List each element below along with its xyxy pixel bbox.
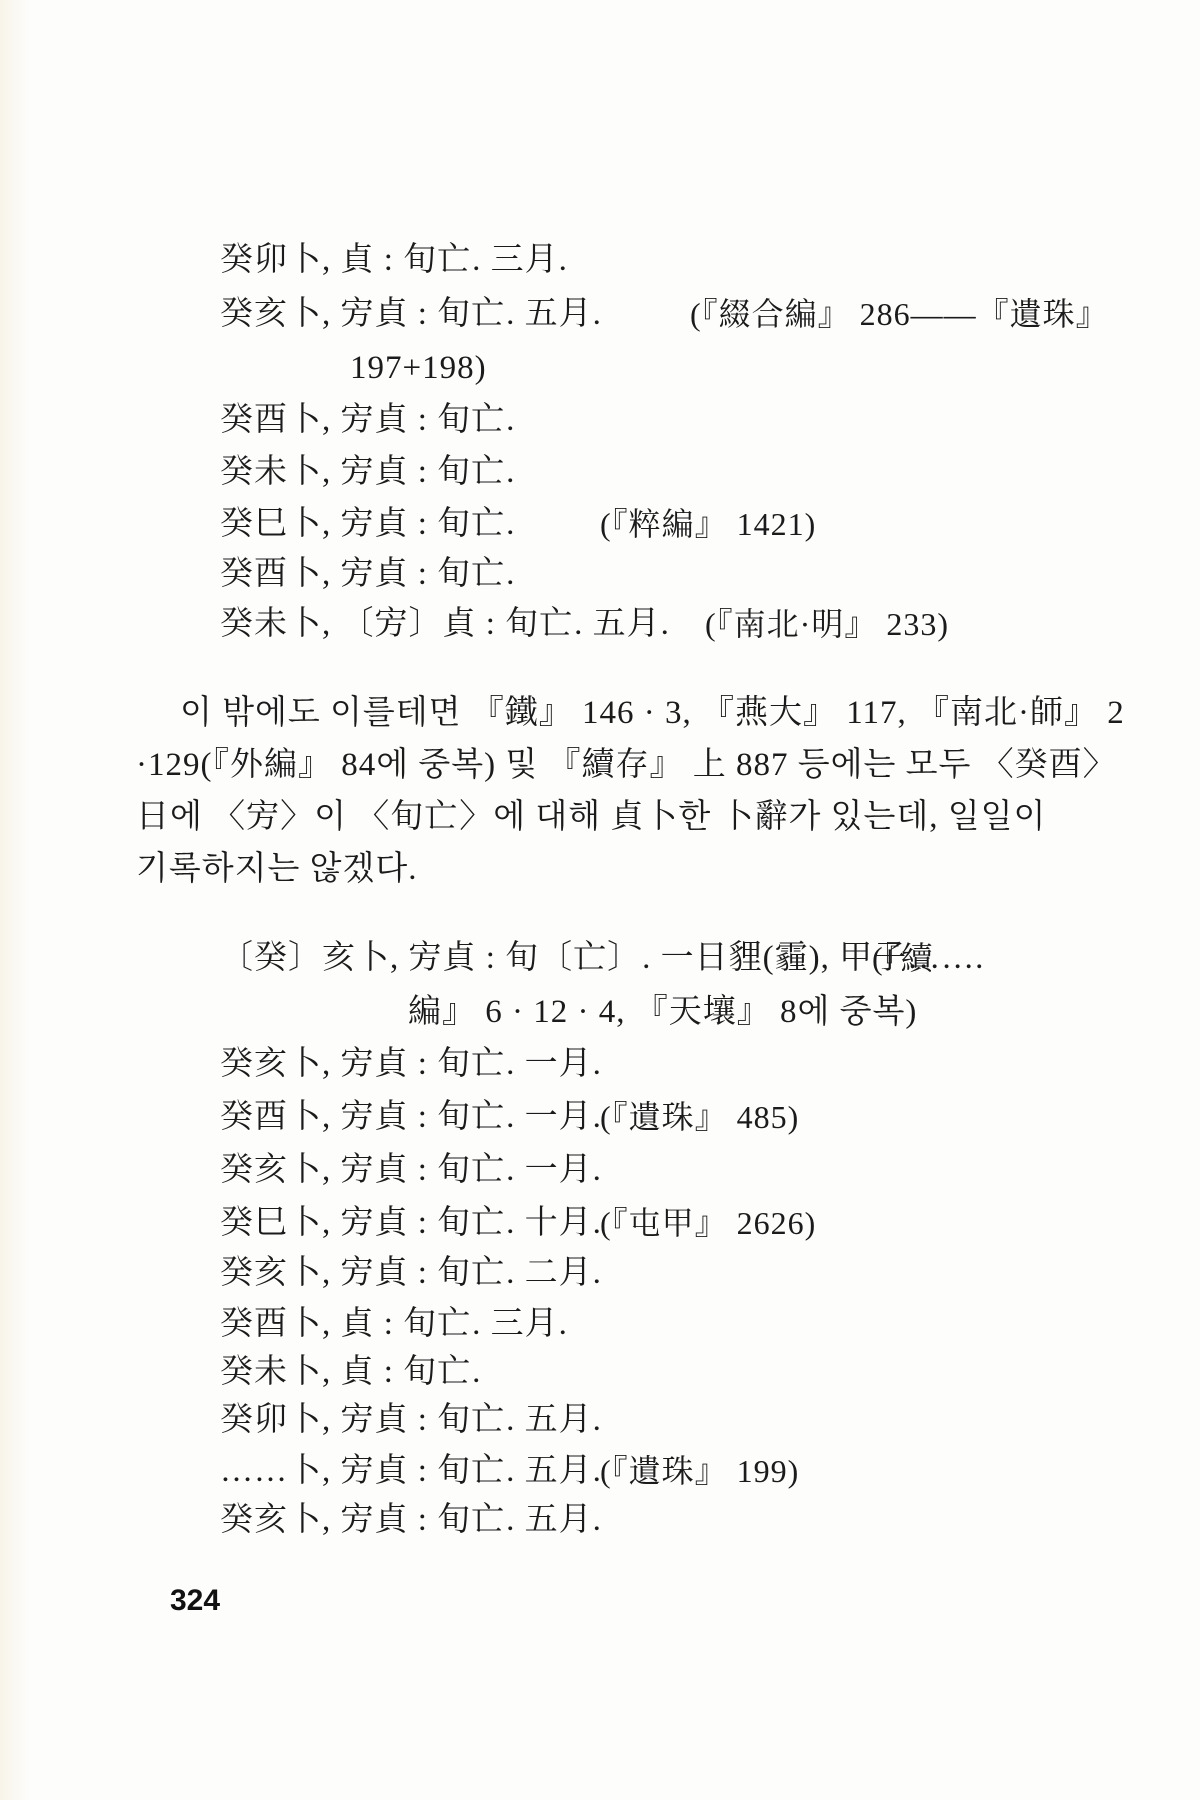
citation: (『綴合編』 286——『遺珠』	[690, 294, 1109, 334]
oracle-inscription-line: 癸亥卜, 㝑貞 : 旬亡𡆥. 一月.	[0, 1150, 1200, 1190]
oracle-inscription-line: 癸未卜, 貞 : 旬亡𡆥.	[0, 1352, 1200, 1392]
citation: 編』 6 · 12 · 4, 『天壤』 8에 중복)	[408, 992, 917, 1032]
korean-paragraph-line: 기록하지는 않겠다.	[136, 848, 1056, 890]
oracle-inscription-line: 癸酉卜, 㝑貞 : 旬亡𡆥. 一月. (『遺珠』 485)	[0, 1097, 1200, 1137]
book-page: 癸卯卜, 貞 : 旬亡𡆥. 三月. 癸亥卜, 㝑貞 : 旬亡𡆥. 五月. (『綴…	[0, 0, 1200, 1800]
inscription-text: 癸亥卜, 㝑貞 : 旬亡𡆥. 五月.	[220, 1500, 602, 1540]
citation: (『南北·明』 233)	[705, 604, 949, 644]
citation: (『遺珠』 485)	[600, 1097, 799, 1137]
oracle-inscription-line: 癸酉卜, 貞 : 旬亡𡆥. 三月.	[0, 1304, 1200, 1344]
inscription-text: 癸酉卜, 㝑貞 : 旬亡𡆥.	[220, 554, 515, 594]
inscription-text: 癸亥卜, 㝑貞 : 旬亡𡆥. 五月.	[220, 294, 602, 334]
inscription-text: 癸巳卜, 㝑貞 : 旬亡𡆥. 十月.	[220, 1203, 602, 1243]
citation: 197+198)	[350, 348, 487, 388]
inscription-text: 癸酉卜, 㝑貞 : 旬亡𡆥.	[220, 400, 515, 440]
oracle-inscription-line: 癸巳卜, 㝑貞 : 旬亡𡆥. (『粹編』 1421)	[0, 504, 1200, 544]
inscription-text: 癸亥卜, 㝑貞 : 旬亡𡆥. 二月.	[220, 1253, 602, 1293]
oracle-inscription-line: 癸巳卜, 㝑貞 : 旬亡𡆥. 十月. (『屯甲』 2626)	[0, 1203, 1200, 1243]
inscription-text: ……卜, 㝑貞 : 旬亡𡆥. 五月.	[220, 1451, 602, 1491]
inscription-text: 癸酉卜, 㝑貞 : 旬亡𡆥. 一月.	[220, 1097, 602, 1137]
inscription-text: 癸巳卜, 㝑貞 : 旬亡𡆥.	[220, 504, 515, 544]
inscription-text: 癸未卜, 〔㝑〕貞 : 旬亡𡆥. 五月.	[220, 604, 670, 644]
citation: (『遺珠』 199)	[600, 1451, 799, 1491]
citation: (『屯甲』 2626)	[600, 1203, 816, 1243]
inscription-text: 癸未卜, 㝑貞 : 旬亡𡆥.	[220, 452, 515, 492]
inscription-text: 癸酉卜, 貞 : 旬亡𡆥. 三月.	[220, 1304, 568, 1344]
korean-paragraph-line: ·129(『外編』 84에 중복) 및 『續存』 上 887 등에는 모두 〈癸…	[136, 744, 1056, 786]
oracle-inscription-line: 癸亥卜, 㝑貞 : 旬亡𡆥. 一月.	[0, 1044, 1200, 1084]
oracle-inscription-line: 癸亥卜, 㝑貞 : 旬亡𡆥. 五月.	[0, 1500, 1200, 1540]
oracle-inscription-line: 癸卯卜, 㝑貞 : 旬亡𡆥. 五月.	[0, 1400, 1200, 1440]
oracle-inscription-line: 癸卯卜, 貞 : 旬亡𡆥. 三月.	[0, 240, 1200, 280]
oracle-inscription-line: 〔癸〕亥卜, 㝑貞 : 旬〔亡〕𡆥. 一日貍(霾), 甲子……. (『續	[0, 938, 1200, 978]
page-number: 324	[170, 1584, 220, 1618]
citation-continuation-line: 197+198)	[0, 348, 1200, 388]
inscription-text: 癸亥卜, 㝑貞 : 旬亡𡆥. 一月.	[220, 1044, 602, 1084]
oracle-inscription-line: 癸亥卜, 㝑貞 : 旬亡𡆥. 五月. (『綴合編』 286——『遺珠』	[0, 294, 1200, 334]
inscription-text: 癸未卜, 貞 : 旬亡𡆥.	[220, 1352, 481, 1392]
oracle-inscription-line: 癸未卜, 㝑貞 : 旬亡𡆥.	[0, 452, 1200, 492]
citation: (『續	[872, 938, 934, 978]
oracle-inscription-line: 癸亥卜, 㝑貞 : 旬亡𡆥. 二月.	[0, 1253, 1200, 1293]
citation-continuation-line: 編』 6 · 12 · 4, 『天壤』 8에 중복)	[0, 992, 1200, 1032]
inscription-text: 癸卯卜, 㝑貞 : 旬亡𡆥. 五月.	[220, 1400, 602, 1440]
inscription-text: 〔癸〕亥卜, 㝑貞 : 旬〔亡〕𡆥. 一日貍(霾), 甲子…….	[220, 938, 984, 978]
oracle-inscription-line: 癸酉卜, 㝑貞 : 旬亡𡆥.	[0, 554, 1200, 594]
oracle-inscription-line: 癸未卜, 〔㝑〕貞 : 旬亡𡆥. 五月. (『南北·明』 233)	[0, 604, 1200, 644]
inscription-text: 癸卯卜, 貞 : 旬亡𡆥. 三月.	[220, 240, 568, 280]
citation: (『粹編』 1421)	[600, 504, 816, 544]
oracle-inscription-line: ……卜, 㝑貞 : 旬亡𡆥. 五月. (『遺珠』 199)	[0, 1451, 1200, 1491]
inscription-text: 癸亥卜, 㝑貞 : 旬亡𡆥. 一月.	[220, 1150, 602, 1190]
korean-paragraph-line: 日에 〈㝑〉이 〈旬亡𡆥〉에 대해 貞卜한 卜辭가 있는데, 일일이	[136, 796, 1056, 838]
korean-paragraph-line: 이 밖에도 이를테면 『鐵』 146 · 3, 『燕大』 117, 『南北·師』…	[136, 692, 1056, 734]
oracle-inscription-line: 癸酉卜, 㝑貞 : 旬亡𡆥.	[0, 400, 1200, 440]
